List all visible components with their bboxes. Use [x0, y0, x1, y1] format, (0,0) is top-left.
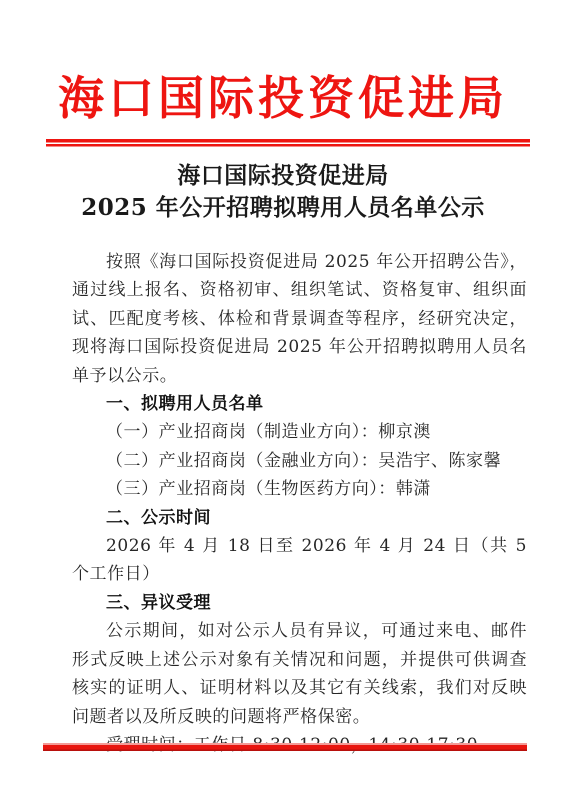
section-3-heading: 三、异议受理 [72, 589, 527, 617]
section-2-heading: 二、公示时间 [72, 504, 527, 532]
document-title: 海口国际投资促进局 2025 年公开招聘拟聘用人员名单公示 [0, 160, 566, 224]
candidate-list-item-2: （二）产业招商岗（金融业方向）：吴浩宇、陈家馨 [72, 447, 527, 475]
document-title-line1: 海口国际投资促进局 [0, 160, 566, 192]
candidate-list-item-3: （三）产业招商岗（生物医药方向）：韩潇 [72, 475, 527, 503]
objection-paragraph: 公示期间，如对公示人员有异议，可通过来电、邮件形式反映上述公示对象有关情况和问题… [72, 617, 527, 731]
candidate-list-item-1: （一）产业招商岗（制造业方向）：柳京澳 [72, 418, 527, 446]
red-double-separator-line [46, 139, 530, 147]
red-footer-bar [43, 743, 527, 751]
document-page: 海口国际投资促进局 海口国际投资促进局 2025 年公开招聘拟聘用人员名单公示 … [0, 0, 566, 798]
document-body: 按照《海口国际投资促进局 2025 年公开招聘公告》，通过线上报名、资格初审、组… [72, 248, 527, 759]
red-header-banner-title: 海口国际投资促进局 [0, 66, 566, 130]
publicity-period-text: 2026 年 4 月 18 日至 2026 年 4 月 24 日（共 5 个工作… [72, 532, 527, 589]
document-title-line2: 2025 年公开招聘拟聘用人员名单公示 [0, 192, 566, 224]
section-1-heading: 一、拟聘用人员名单 [72, 390, 527, 418]
intro-paragraph: 按照《海口国际投资促进局 2025 年公开招聘公告》，通过线上报名、资格初审、组… [72, 248, 527, 390]
